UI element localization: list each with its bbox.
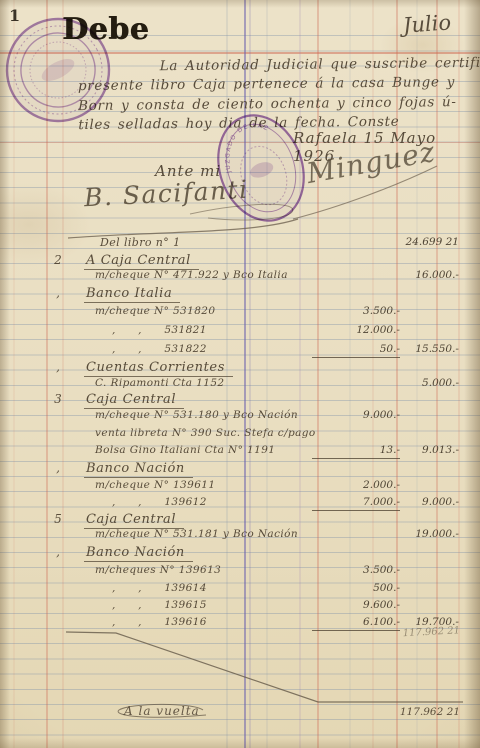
entry-day-marker: ,: [48, 286, 68, 300]
entry-description: , , 139616: [112, 616, 207, 628]
opening-label: Del libro n° 1: [100, 236, 180, 249]
entry-description: , , 531821: [112, 324, 207, 336]
amount-partial: 3.500.-: [312, 305, 400, 317]
amount-partial: 12.000.-: [312, 324, 400, 336]
entry-description: , , 139612: [112, 496, 207, 508]
amount-partial: 9.000.-: [312, 409, 400, 421]
entry-description: m/cheque N° 531.181 y Bco Nación: [95, 528, 298, 540]
amount-total: 9.013.-: [396, 444, 459, 456]
ledger-row: ,Banco Italia: [0, 286, 480, 305]
amount-partial: 9.600.-: [312, 599, 400, 611]
amount-total: 19.000.-: [396, 528, 459, 540]
signature-tail-loop: [190, 204, 293, 220]
entry-description: Caja Central: [84, 512, 184, 529]
entry-description: m/cheque N° 531820: [95, 305, 215, 317]
amount-partial: 2.000.-: [312, 479, 400, 491]
entry-description: venta libreta N° 390 Suc. Stefa c/pago: [95, 427, 316, 439]
amount-partial: 6.100.-: [312, 616, 400, 631]
ledger-row: ,Banco Nación: [0, 461, 480, 480]
entry-day-marker: 2: [48, 253, 68, 267]
entry-description: , , 139615: [112, 599, 207, 611]
entry-day-marker: ,: [48, 545, 68, 559]
pencil-subtotal: 117.962 21: [394, 625, 460, 639]
amount-total: 9.000.-: [396, 496, 459, 508]
amount-partial: 50.-: [312, 343, 400, 358]
notary-signature: B. Sacifanti: [83, 175, 249, 213]
ledger-row: ,Banco Nación: [0, 545, 480, 564]
amount-total: 5.000.-: [396, 377, 459, 389]
ledger-page: 1 Debe Julio La Autoridad Judicial que s…: [0, 0, 480, 748]
amount-total: 16.000.-: [396, 269, 459, 281]
entry-description: Banco Italia: [84, 286, 180, 303]
amount-total: 15.550.-: [396, 343, 459, 355]
amount-partial: 13.-: [312, 444, 400, 459]
entry-description: m/cheques N° 139613: [95, 564, 221, 576]
entry-day-marker: ,: [48, 461, 68, 475]
entry-day-marker: 5: [48, 512, 68, 526]
entry-description: Caja Central: [84, 392, 184, 409]
entry-description: m/cheque N° 471.922 y Bco Italia: [95, 269, 288, 281]
entry-description: Banco Nación: [84, 461, 193, 478]
ledger-row: m/cheque N° 531.180 y Bco Nación9.000.-: [0, 409, 480, 428]
entry-description: A Caja Central: [84, 253, 199, 270]
entry-description: Banco Nación: [84, 545, 193, 562]
entry-description: C. Ripamonti Cta 1152: [95, 377, 225, 389]
closing-diagonal-line: [66, 632, 463, 702]
entry-day-marker: ,: [48, 360, 68, 374]
entry-description: m/cheque N° 139611: [95, 479, 215, 491]
entry-description: , , 531822: [112, 343, 207, 355]
page-number: 1: [9, 6, 20, 25]
entry-description: m/cheque N° 531.180 y Bco Nación: [95, 409, 298, 421]
ledger-row: m/cheques N° 1396133.500.-: [0, 564, 480, 583]
entry-description: , , 139614: [112, 582, 207, 594]
entry-day-marker: 3: [48, 392, 68, 406]
ledger-row: , , 53182112.000.-: [0, 324, 480, 343]
ledger-row: m/cheque N° 5318203.500.-: [0, 305, 480, 324]
month-header: Julio: [402, 10, 452, 37]
opening-amount: 24.699 21: [396, 236, 459, 248]
entry-description: Cuentas Corrientes: [84, 360, 233, 377]
page-total: 117.962 21: [394, 706, 460, 718]
amount-partial: 7.000.-: [312, 496, 400, 511]
debit-header: Debe: [62, 12, 149, 47]
certification-text: La Autoridad Judicial que suscribe certi…: [78, 54, 475, 136]
amount-partial: 3.500.-: [312, 564, 400, 576]
amount-partial: 500.-: [312, 582, 400, 594]
carry-forward-label: A la vuelta: [124, 704, 200, 718]
entry-description: Bolsa Gino Italiani Cta N° 1191: [95, 444, 275, 456]
